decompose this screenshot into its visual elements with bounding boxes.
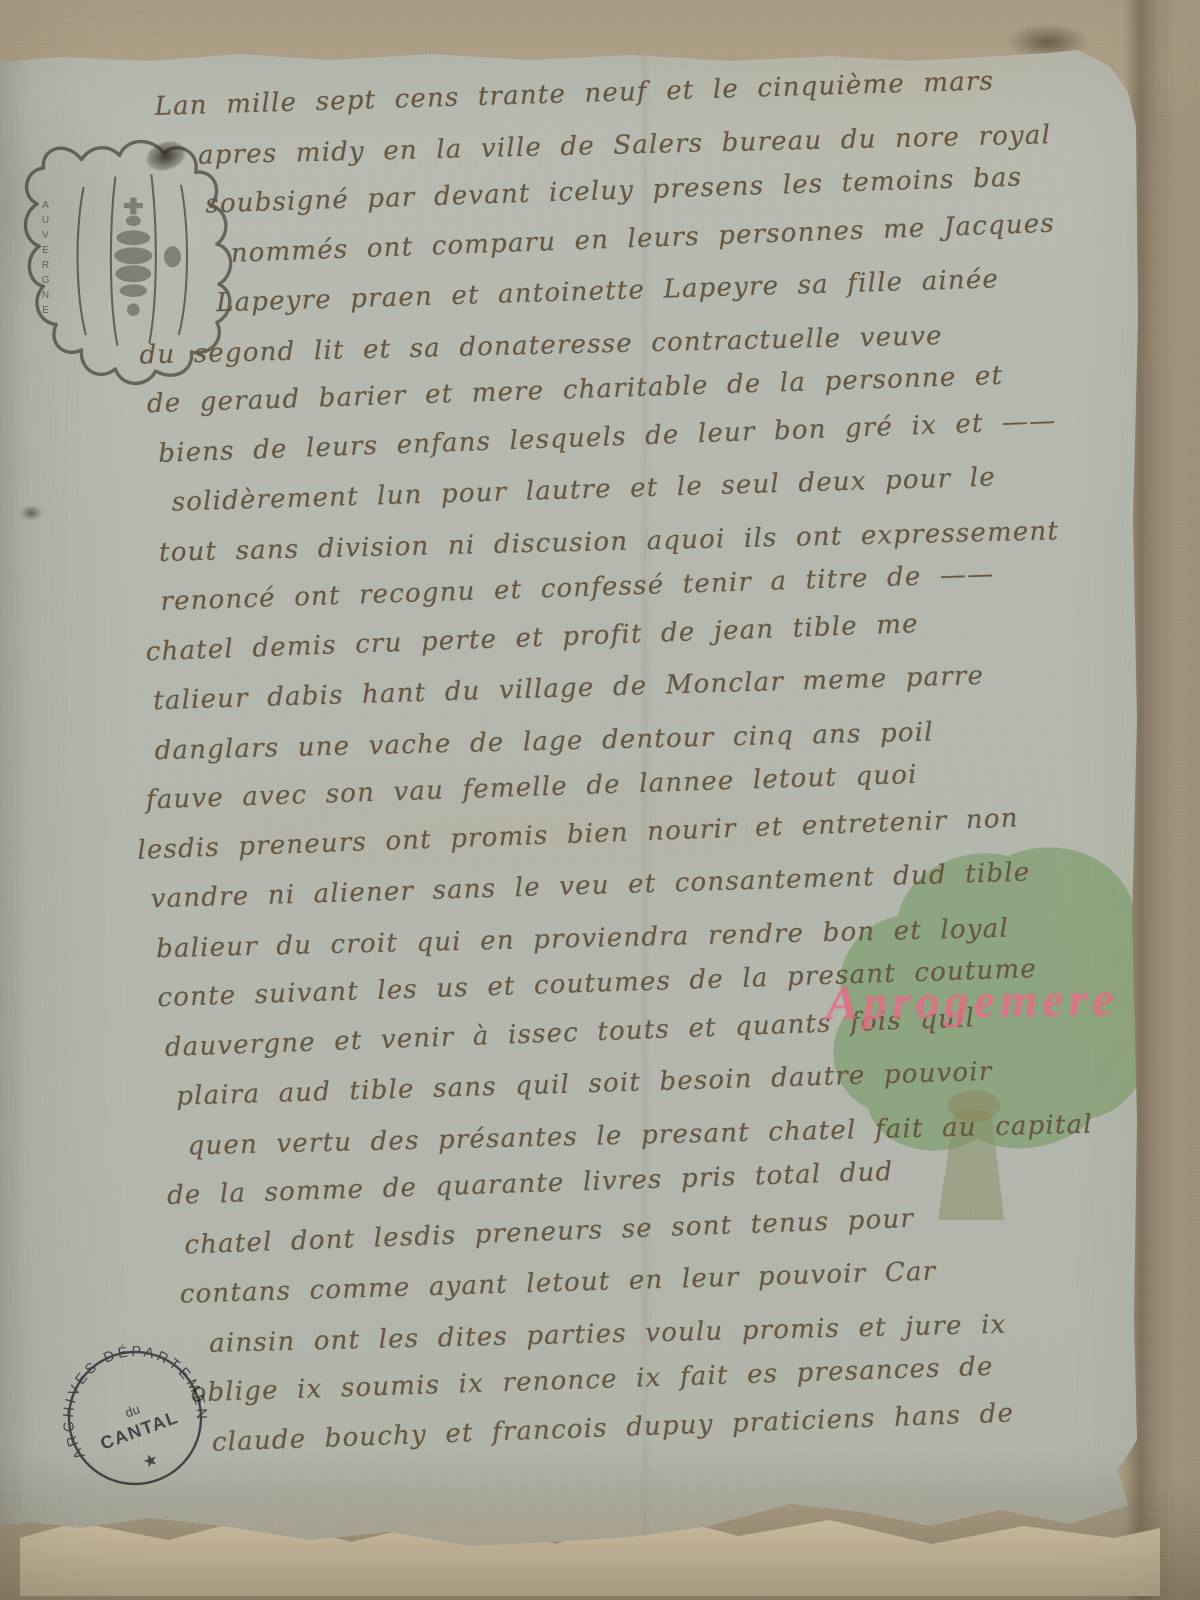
archive-stamp-du-text: du [123,1401,142,1420]
photographed-manuscript: AUVERGNE Lan mille sept cens trante neuf… [0,0,1200,1600]
watermark-text: Aprogemere [826,972,1119,1031]
manuscript-text: Lan mille sept cens trante neuf et le ci… [116,56,1170,1470]
ink-speck [16,500,50,526]
tax-stamp-auvergne-text: AUVERGNE [40,200,51,340]
archive-stamp-arc-textpath: ARCHIVES DÉPARTEMENTALES [26,1309,215,1476]
stamp-left-ribbon-inner [111,176,118,345]
archive-stamp-arc-text: ARCHIVES DÉPARTEMENTALES [26,1309,215,1476]
stamp-left-ribbon [78,187,86,335]
manuscript-page: AUVERGNE Lan mille sept cens trante neuf… [0,0,1200,1600]
star-icon: ★ [140,1449,161,1472]
